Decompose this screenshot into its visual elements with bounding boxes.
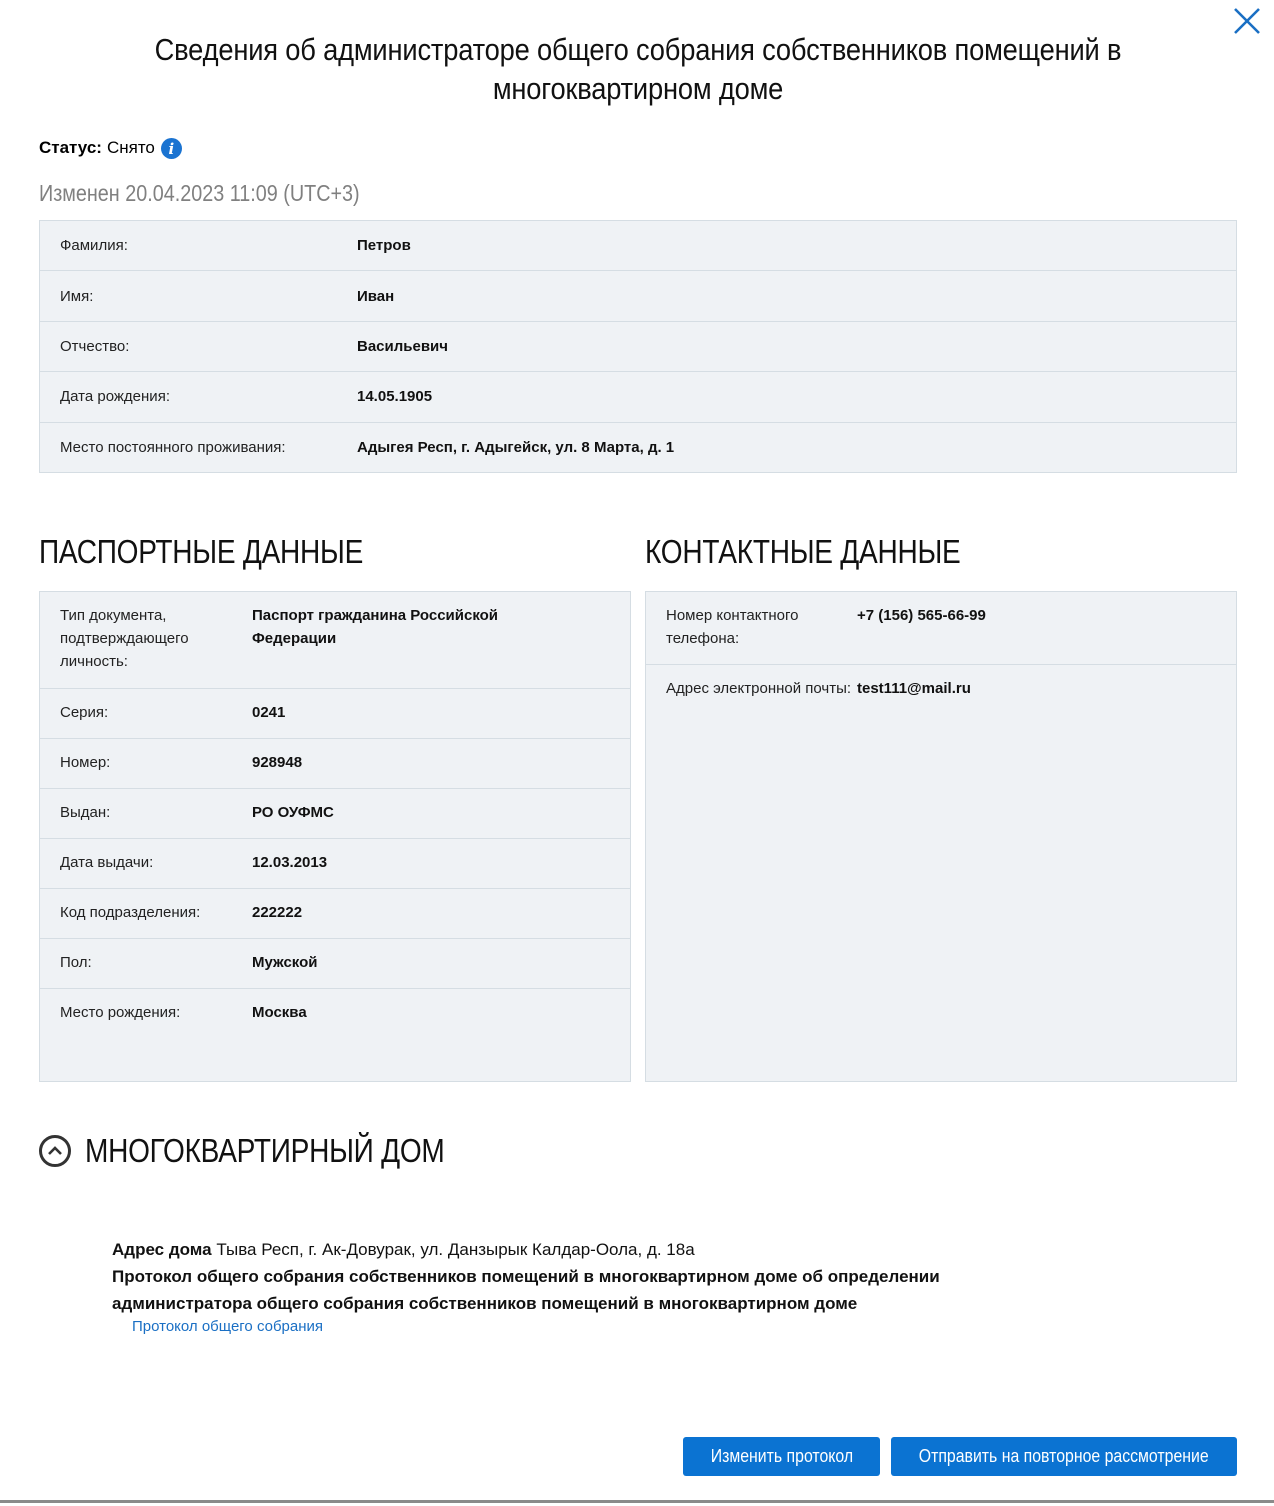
field-label: Фамилия: xyxy=(60,234,357,257)
table-row: Номер:928948 xyxy=(40,739,630,789)
table-row: Адрес электронной почты:test111@mail.ru xyxy=(646,665,1236,738)
field-label: Номер контактного телефона: xyxy=(666,604,857,652)
status-line: Статус: Снято i xyxy=(39,136,182,159)
field-value: Адыгея Респ, г. Адыгейск, ул. 8 Марта, д… xyxy=(357,436,674,459)
modified-timestamp: Изменен 20.04.2023 11:09 (UTC+3) xyxy=(39,180,360,207)
passport-heading: ПАСПОРТНЫЕ ДАННЫЕ xyxy=(39,533,363,571)
field-label: Выдан: xyxy=(60,801,252,826)
chevron-up-circle-icon xyxy=(39,1135,71,1167)
field-label: Адрес электронной почты: xyxy=(666,677,857,726)
dialog-title: Сведения об администраторе общего собран… xyxy=(147,30,1129,108)
table-row: Отчество:Васильевич xyxy=(40,322,1236,372)
field-value: Мужской xyxy=(252,951,318,976)
administrator-details-dialog: Сведения об администраторе общего собран… xyxy=(0,0,1274,1503)
field-label: Место постоянного проживания: xyxy=(60,436,357,459)
field-value: Иван xyxy=(357,285,394,308)
field-value: 222222 xyxy=(252,901,302,926)
house-address: Адрес дома Тыва Респ, г. Ак-Довурак, ул.… xyxy=(112,1236,1052,1263)
field-value: 0241 xyxy=(252,701,285,726)
info-icon[interactable]: i xyxy=(161,138,182,159)
table-row: Тип документа, подтверждающего личность:… xyxy=(40,592,630,689)
protocol-link[interactable]: Протокол общего собрания xyxy=(132,1318,323,1335)
field-value: 928948 xyxy=(252,751,302,776)
close-icon xyxy=(1230,4,1264,38)
table-row: Выдан:РО ОУФМС xyxy=(40,789,630,839)
house-address-label: Адрес дома xyxy=(112,1240,212,1259)
field-label: Место рождения: xyxy=(60,1001,252,1027)
field-label: Тип документа, подтверждающего личность: xyxy=(60,604,252,676)
field-value: Паспорт гражданина Российской Федерации xyxy=(252,604,542,676)
field-value: РО ОУФМС xyxy=(252,801,334,826)
edit-protocol-label: Изменить протокол xyxy=(710,1446,852,1467)
status-value: Снято xyxy=(107,138,155,158)
edit-protocol-button[interactable]: Изменить протокол xyxy=(683,1437,880,1476)
table-row: Дата рождения:14.05.1905 xyxy=(40,372,1236,422)
house-heading: МНОГОКВАРТИРНЫЙ ДОМ xyxy=(85,1132,445,1170)
field-label: Дата рождения: xyxy=(60,385,357,408)
field-value: 12.03.2013 xyxy=(252,851,327,876)
table-row: Место постоянного проживания:Адыгея Респ… xyxy=(40,423,1236,473)
field-value: Петров xyxy=(357,234,411,257)
field-label: Дата выдачи: xyxy=(60,851,252,876)
table-row: Место рождения:Москва xyxy=(40,989,630,1039)
field-value: Москва xyxy=(252,1001,307,1027)
house-info: Адрес дома Тыва Респ, г. Ак-Довурак, ул.… xyxy=(112,1236,1052,1317)
contacts-heading: КОНТАКТНЫЕ ДАННЫЕ xyxy=(645,533,961,571)
table-row: Код подразделения:222222 xyxy=(40,889,630,939)
field-value: Васильевич xyxy=(357,335,448,358)
resend-label: Отправить на повторное рассмотрение xyxy=(919,1446,1209,1467)
field-label: Код подразделения: xyxy=(60,901,252,926)
resend-for-review-button[interactable]: Отправить на повторное рассмотрение xyxy=(891,1437,1237,1476)
passport-table: Тип документа, подтверждающего личность:… xyxy=(39,591,631,1082)
email-value: test111@mail.ru xyxy=(857,677,971,726)
field-label: Пол: xyxy=(60,951,252,976)
table-row: Серия:0241 xyxy=(40,689,630,739)
field-label: Отчество: xyxy=(60,335,357,358)
protocol-title: Протокол общего собрания собственников п… xyxy=(112,1263,1052,1317)
table-row: Номер контактного телефона:+7 (156) 565-… xyxy=(646,592,1236,665)
table-row: Фамилия:Петров xyxy=(40,221,1236,271)
house-address-value: Тыва Респ, г. Ак-Довурак, ул. Данзырык К… xyxy=(216,1240,694,1259)
table-row: Имя:Иван xyxy=(40,271,1236,321)
close-button[interactable] xyxy=(1230,4,1264,38)
house-section-toggle[interactable]: МНОГОКВАРТИРНЫЙ ДОМ xyxy=(39,1132,508,1170)
person-table: Фамилия:Петров Имя:Иван Отчество:Василье… xyxy=(39,220,1237,473)
table-row: Дата выдачи:12.03.2013 xyxy=(40,839,630,889)
field-value: 14.05.1905 xyxy=(357,385,432,408)
field-label: Имя: xyxy=(60,285,357,308)
phone-value: +7 (156) 565-66-99 xyxy=(857,604,986,652)
contacts-table: Номер контактного телефона:+7 (156) 565-… xyxy=(645,591,1237,1082)
field-label: Номер: xyxy=(60,751,252,776)
field-label: Серия: xyxy=(60,701,252,726)
status-label: Статус: xyxy=(39,138,102,158)
table-row: Пол:Мужской xyxy=(40,939,630,989)
